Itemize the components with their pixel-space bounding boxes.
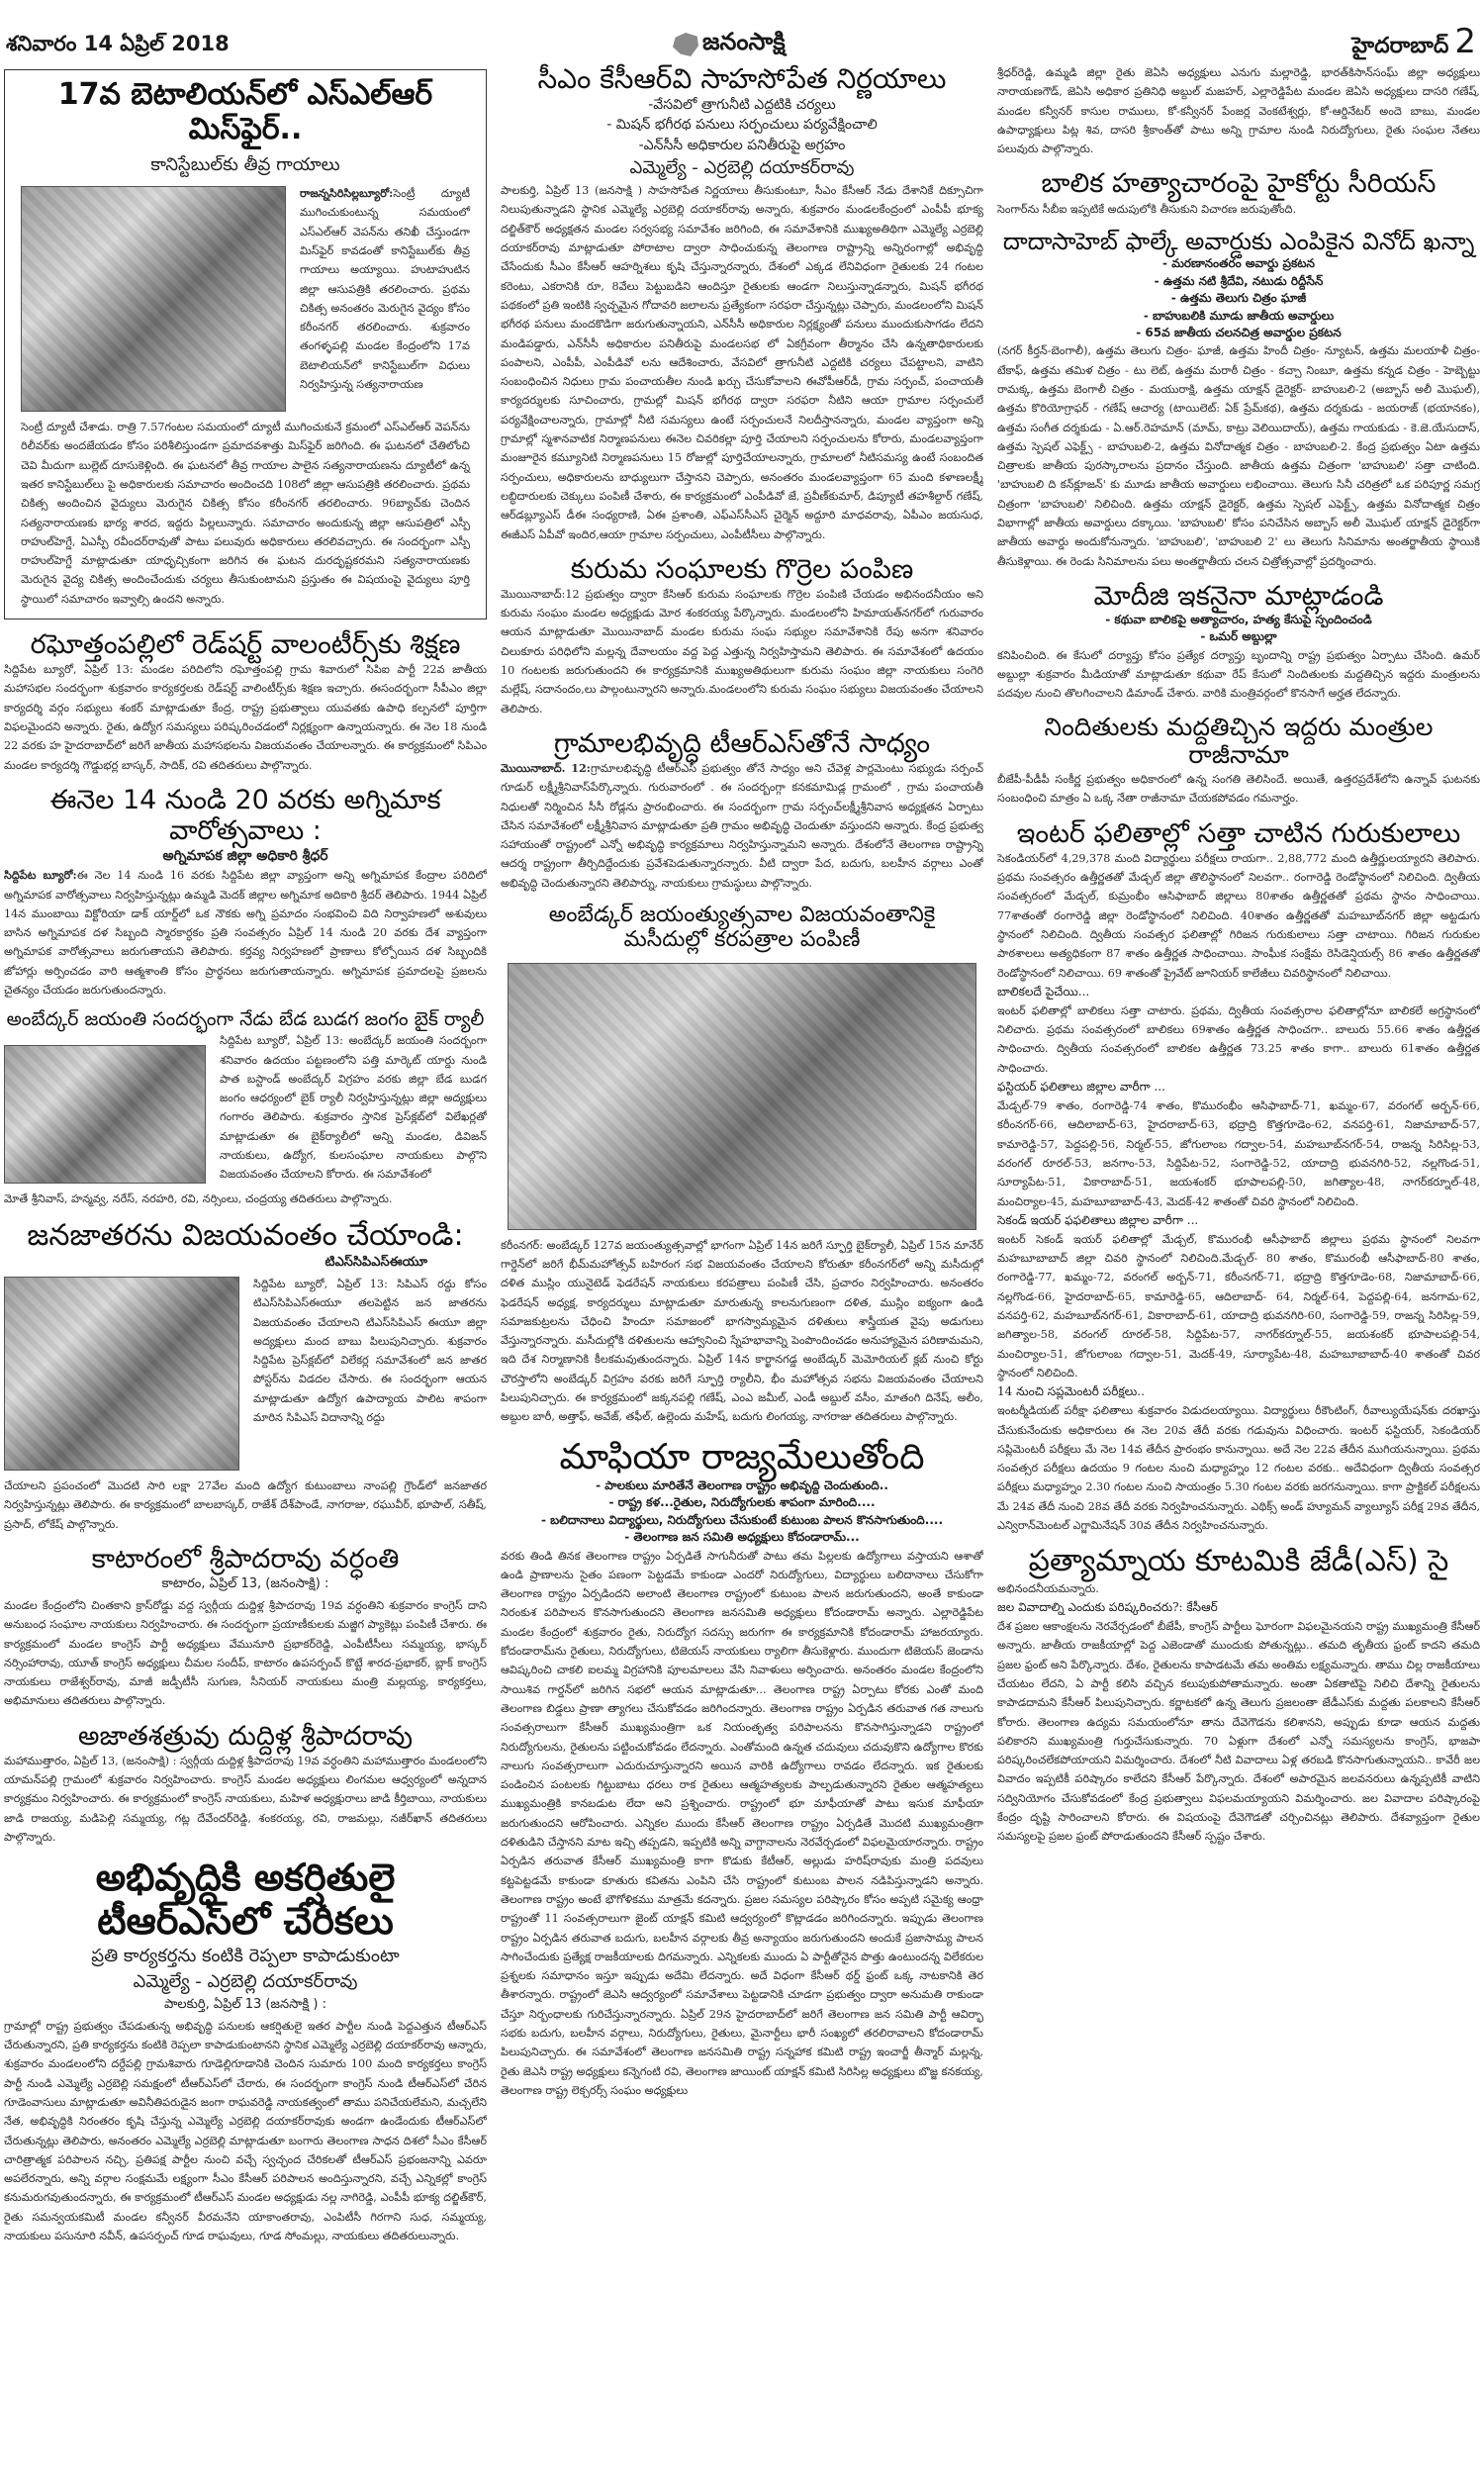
article-headline-line1: అభివృద్ధికి అకర్షితులై <box>4 1856 487 1900</box>
article-subhead: - పాలకులు మారితేనే తెలంగాణ రాష్ట్రం అభివ… <box>501 1477 983 1494</box>
article-ministers-resign: నిందితులకు మద్దతిచ్చిన ఇద్దరు మంత్రుల రా… <box>997 714 1480 809</box>
article-subhead: - బాహుబలికి మూడు జాతీయ అవార్డులు <box>997 308 1480 325</box>
article-kuruma-sheep: కురుమ సంఘాలకు గొర్రెల పంపిణ మొయినాబాద్:1… <box>501 554 983 718</box>
section-label-second-year: సెకండ్ ఇయర్ ఫఫలితాలు జిల్లాల వారీగా ... <box>997 1211 1480 1230</box>
article-subhead: - బలిదానాలు విద్యార్థులు, నిరుద్యోగులు చ… <box>501 1512 983 1529</box>
article-slr-misfire: 17వ బెటాలియన్‌లో ఎస్‌ఎల్‌ఆర్ మిస్‌ఫైర్..… <box>4 69 487 619</box>
article-body: (నగర్ కీర్తన్-బెంగాలీ), ఉత్తమ తెలుగు చిత… <box>997 341 1480 571</box>
article-headline: 17వ బెటాలియన్‌లో ఎస్‌ఎల్‌ఆర్ మిస్‌ఫైర్.. <box>21 78 470 146</box>
article-dateline: కాటారం, ఏప్రిల్ 13, (జనంసాక్షి) : <box>4 1576 487 1594</box>
article-headline: కాటారంలో శ్రీపాదరావు వర్ధంతి <box>4 1544 487 1574</box>
article-body: మోతే శ్రీనివాస్, హన్మవ్వ, నరేస్, నరహరి, … <box>4 1190 487 1208</box>
issue-date: శనివారం 14 ఏప్రిల్ 2018 <box>6 32 230 61</box>
article-continuation: శ్రీధర్‌రెడ్డి, ఉమ్మడి జిల్లా రైతు జెఏసి… <box>997 63 1480 158</box>
article-body: సిద్దిపేట బ్యూరో, ఏప్రిల్ 13: మండల పరిది… <box>4 660 487 775</box>
article-headline-line2: మసీదుల్లో కరపత్రాల పంపిణీ <box>501 927 983 952</box>
article-headline: నిందితులకు మద్దతిచ్చిన ఇద్దరు మంత్రుల రా… <box>997 714 1480 771</box>
article-headline: రఘోత్తంపల్లిలో రెడ్‌షర్ట్ వాలంటీర్స్‌కు … <box>4 629 487 660</box>
article-phalke-award: దాదాసాహెబ్ ఫాల్కే అవార్డుకు ఎంపికైన వినో… <box>997 229 1480 571</box>
section-label-supplementary: 14 నుంచి సప్లమెంటరీ పరీక్షలు.. <box>997 1382 1480 1401</box>
article-subhead: -ఎన్‌సీసీ అధికారుల పనితీరుపై అగ్రహం <box>501 136 983 155</box>
article-body: సిద్దిపేట బ్యూరో:ఈ నెల 14 నుండి 16 వరకు … <box>4 866 487 1000</box>
column-left: 17వ బెటాలియన్‌లో ఎస్‌ఎల్‌ఆర్ మిస్‌ఫైర్..… <box>4 63 487 2475</box>
page-number: 2 <box>1454 22 1476 61</box>
photo-injured-constable <box>21 186 286 412</box>
article-subhead: - కథువా బాలికపై అత్యాచారం, హత్య కేసుపై స… <box>997 612 1480 628</box>
article-inter-results: ఇంటర్ ఫలితాల్లో సత్తా చాటిన గురుకులాలు స… <box>997 818 1480 1536</box>
article-headline: అంబేద్కర్ జయంతి సందర్భంగా నేడు బేడ బుడగ … <box>4 1009 487 1031</box>
article-ambedkar-mosques: అంబేడ్కర్ జయంత్యుత్సవాల విజయవంతానికై మసీ… <box>501 903 983 1427</box>
article-ajathasatruvu: అజాతశత్రువు దుద్దిళ్ల శ్రీపాదరావు మహాముత… <box>4 1721 487 1848</box>
article-body: ఇంటర్ ఫలితాల్లో బాలికలు సత్తా చాటారు. ప్… <box>997 1001 1480 1078</box>
article-body: శ్రీధర్‌రెడ్డి, ఉమ్మడి జిల్లా రైతు జెఏసి… <box>997 63 1480 158</box>
article-bike-rally: అంబేద్కర్ జయంతి సందర్భంగా నేడు బేడ బుడగ … <box>4 1009 487 1208</box>
article-subhead: - ఒమర్ అబ్దుల్లా <box>997 628 1480 645</box>
article-body: సెంట్రీ ద్యూటీ చేశాడు. రాత్రి 7.57గంటల స… <box>21 418 470 609</box>
section-label-girls: బాలికలదే పైచేయి... <box>997 983 1480 1001</box>
article-subhead: - 65వ జాతీయ చలనచిత్ర అవార్డుల ప్రకటన <box>997 325 1480 341</box>
article-body: వరకు తిండి తినక తెలంగాణ రాష్ట్రం ఏర్పడిత… <box>501 1547 983 2101</box>
article-headline: ఈనెల 14 నుండి 20 వరకు అగ్నిమాక వారోత్సవా… <box>4 785 487 846</box>
article-body: అభినందనీయమన్నారు. <box>997 1579 1480 1598</box>
article-body: మహాముత్తారం, ఏప్రిల్ 13, (జనంసాక్షి) : స… <box>4 1752 487 1847</box>
newspaper-name: జనంసాక్షి <box>702 28 786 61</box>
article-headline: కురుమ సంఘాలకు గొర్రెల పంపిణ <box>501 554 983 585</box>
article-body: ఇంటర్మీడియట్ పరీక్షా ఫలితాలు శుక్రవారం వ… <box>997 1401 1480 1535</box>
article-headline-line1: అంబేడ్కర్ జయంత్యుత్సవాల విజయవంతానికై <box>501 903 983 927</box>
article-subheadline: ప్రతి కార్యకర్తను కంటికి రెప్పలా కాపాడుక… <box>4 1944 487 1969</box>
article-subheadline: కానిస్టేబుల్‌కు తీవ్ర గాయాలు <box>21 152 470 178</box>
article-headline-line2: టీఆర్‌ఎస్‌లో చేరికలు <box>4 1900 487 1944</box>
article-subhead: - తెలంగాణ జన సమితి అధ్యక్షులు కోదండారామ్… <box>501 1529 983 1546</box>
article-katharam-vardhanthi: కాటారంలో శ్రీపాదరావు వర్ధంతి కాటారం, ఏప్… <box>4 1544 487 1711</box>
article-body: బీజేపీ-పీడీపీ సంకీర్ణ ప్రభుత్వం అధికారంల… <box>997 770 1480 809</box>
article-body: సెకండియర్‌లో 4,29,378 మంది విద్యార్థులు … <box>997 849 1480 983</box>
photo-press-meet <box>4 1045 206 1184</box>
article-headline: బాలిక హత్యాచారంపై హైకోర్టు సీరియస్ <box>997 168 1480 199</box>
article-headline: మాఫియా రాజ్యమేలుతోంది <box>501 1437 983 1477</box>
article-headline: దాదాసాహెబ్ ఫాల్కే అవార్డుకు ఎంపికైన వినో… <box>997 229 1480 256</box>
photo-poster-release <box>4 1277 239 1471</box>
article-subheadline: అగ్నిమాపక జిల్లా అధికారి శ్రీధర్ <box>4 846 487 866</box>
article-jds-alliance: ప్రత్యామ్నాయ కూటమికి జేడీ(ఎస్) సై అభినంద… <box>997 1545 1480 1846</box>
masthead: శనివారం 14 ఏప్రిల్ 2018 జనంసాక్షి హైదరాబ… <box>0 0 1484 61</box>
newspaper-logo: జనంసాక్షి <box>673 28 786 61</box>
article-body: కరీంనగర్: అంబేడ్కర్ 127వ జయంత్యుత్సవాల్ల… <box>501 1236 983 1427</box>
article-body: చేయాలని ప్రపంచంలో మొదటి సారి లక్షా 27వేల… <box>4 1476 487 1534</box>
article-high-court: బాలిక హత్యాచారంపై హైకోర్టు సీరియస్ సెంగా… <box>997 168 1480 218</box>
article-janajathara: జనజాతరను విజయవంతం చేయాండి: టిఎస్‌సిపిఎస్… <box>4 1219 487 1534</box>
article-headline: ప్రత్యామ్నాయ కూటమికి జేడీ(ఎస్) సై <box>997 1545 1480 1579</box>
article-byline: ఎమ్మెల్యే - ఎర్రబెల్లి దయాకర్‌రావు <box>501 155 983 181</box>
article-redshirt-training: రఘోత్తంపల్లిలో రెడ్‌షర్ట్ వాలంటీర్స్‌కు … <box>4 629 487 775</box>
article-subhead: -వేసవిలో త్రాగునీటి ఎద్దటికి చర్యలు <box>501 95 983 115</box>
article-subhead: - రాష్ట్ర కళ...రైతుల, నిరుద్యోగులకు శాపం… <box>501 1494 983 1511</box>
article-body: మొయినాబాద్:12 ప్రభుత్వం ద్వారా కేసిఆర్ క… <box>501 585 983 718</box>
article-trs-joinings: అభివృద్ధికి అకర్షితులై టీఆర్‌ఎస్‌లో చేరి… <box>4 1856 487 2245</box>
article-headline: గ్రామాలభివృద్ధి టీఆర్‌ఎస్‌తోనే సాధ్యం <box>501 728 983 759</box>
article-fire-week: ఈనెల 14 నుండి 20 వరకు అగ్నిమాక వారోత్సవా… <box>4 785 487 1000</box>
article-headline: అజాతశత్రువు దుద్దిళ్ల శ్రీపాదరావు <box>4 1721 487 1752</box>
telangana-map-icon <box>673 33 698 56</box>
article-body: సెంగార్‌ను సీబీఐ ఇప్పటికే అదుపులోకి తీసు… <box>997 200 1480 219</box>
article-kcr-decisions: సీఎం కేసీఆర్‌వి సాహసోపేత నిర్ణయాలు -వేసవ… <box>501 63 983 544</box>
second-year-district-results: ఇంటర్ సెకండ్ ఇయర్ ఫలితాల్లో మేడ్చల్, కొమ… <box>997 1230 1480 1382</box>
article-subhead: - ఉత్తమ తెలుగు చిత్రం ఘాజీ <box>997 290 1480 307</box>
article-headline: సీఎం కేసీఆర్‌వి సాహసోపేత నిర్ణయాలు <box>501 63 983 95</box>
edition-city: హైదరాబాద్ <box>1351 34 1448 58</box>
article-headline: జనజాతరను విజయవంతం చేయాండి: <box>4 1219 487 1254</box>
article-subhead: - ఉత్తమ నటి శ్రీదేవి, నటుడు రిద్దీసేన్ <box>997 273 1480 290</box>
article-dateline: పాలకుర్తి, ఏప్రిల్ 13 (జనసాక్షి ) : <box>4 1997 487 2015</box>
article-body: మొయినాబాద్. 12:గ్రామాలభివృద్ధి టీఆర్‌ఎస్… <box>501 759 983 893</box>
article-body: కనిపించింది. ఈ కేసులో దర్యాప్తు కోసం ప్ర… <box>997 646 1480 704</box>
article-subhead: - మిషన్ భగీరథ పనులు సర్పంచులు పర్యవేక్షి… <box>501 115 983 135</box>
article-mafia-rule: మాఫియా రాజ్యమేలుతోంది - పాలకులు మారితేనే… <box>501 1437 983 2101</box>
article-byline: టిఎస్‌సిపిఎస్‌ఈయూ <box>4 1255 487 1273</box>
section-label-water-disputes: జల వివాదాల్ని ఎందుకు పరిష్కరించరు?: కేసీ… <box>997 1598 1480 1617</box>
first-year-district-results: మేడ్చల్-79 శాతం, రంగారెడ్డి-74 శాతం, కొమ… <box>997 1096 1480 1211</box>
photo-mosque-leaders <box>508 963 976 1230</box>
article-body: గ్రామాల్లో రాష్ట్ర ప్రభుత్వం చేపడుతున్న … <box>4 2017 487 2246</box>
column-right: శ్రీధర్‌రెడ్డి, ఉమ్మడి జిల్లా రైతు జెఏసి… <box>997 63 1480 2475</box>
article-subhead: - మరణానంతరం అవార్డు ప్రకటన <box>997 255 1480 272</box>
article-village-development: గ్రామాలభివృద్ధి టీఆర్‌ఎస్‌తోనే సాధ్యం మొ… <box>501 728 983 893</box>
article-body: పాలకుర్తి, ఏప్రిల్ 13 (జనసాక్షి ) సాహసోప… <box>501 181 983 544</box>
edition-label: హైదరాబాద్2 <box>1351 22 1476 63</box>
article-body: మండల కేంద్రంలోని చింతకాని క్రాస్‌రోడ్డు … <box>4 1596 487 1711</box>
section-label-first-year: ఫస్టియర్ ఫలితాలు జిల్లాల వారీగా ... <box>997 1078 1480 1096</box>
article-headline: మోదీజి ఇకనైనా మాట్లాడండి <box>997 581 1480 612</box>
column-middle: సీఎం కేసీఆర్‌వి సాహసోపేత నిర్ణయాలు -వేసవ… <box>501 63 983 2475</box>
article-modi-speak: మోదీజి ఇకనైనా మాట్లాడండి - కథువా బాలికపై… <box>997 581 1480 704</box>
article-headline: ఇంటర్ ఫలితాల్లో సత్తా చాటిన గురుకులాలు <box>997 818 1480 849</box>
article-body: దేశ ప్రజల ఆకాంక్షలను నెరవేర్చడంలో బీజేపీ… <box>997 1617 1480 1847</box>
article-byline: ఎమ్మెల్యే - ఎర్రబెల్లి దయాకర్‌రావు <box>4 1969 487 1995</box>
